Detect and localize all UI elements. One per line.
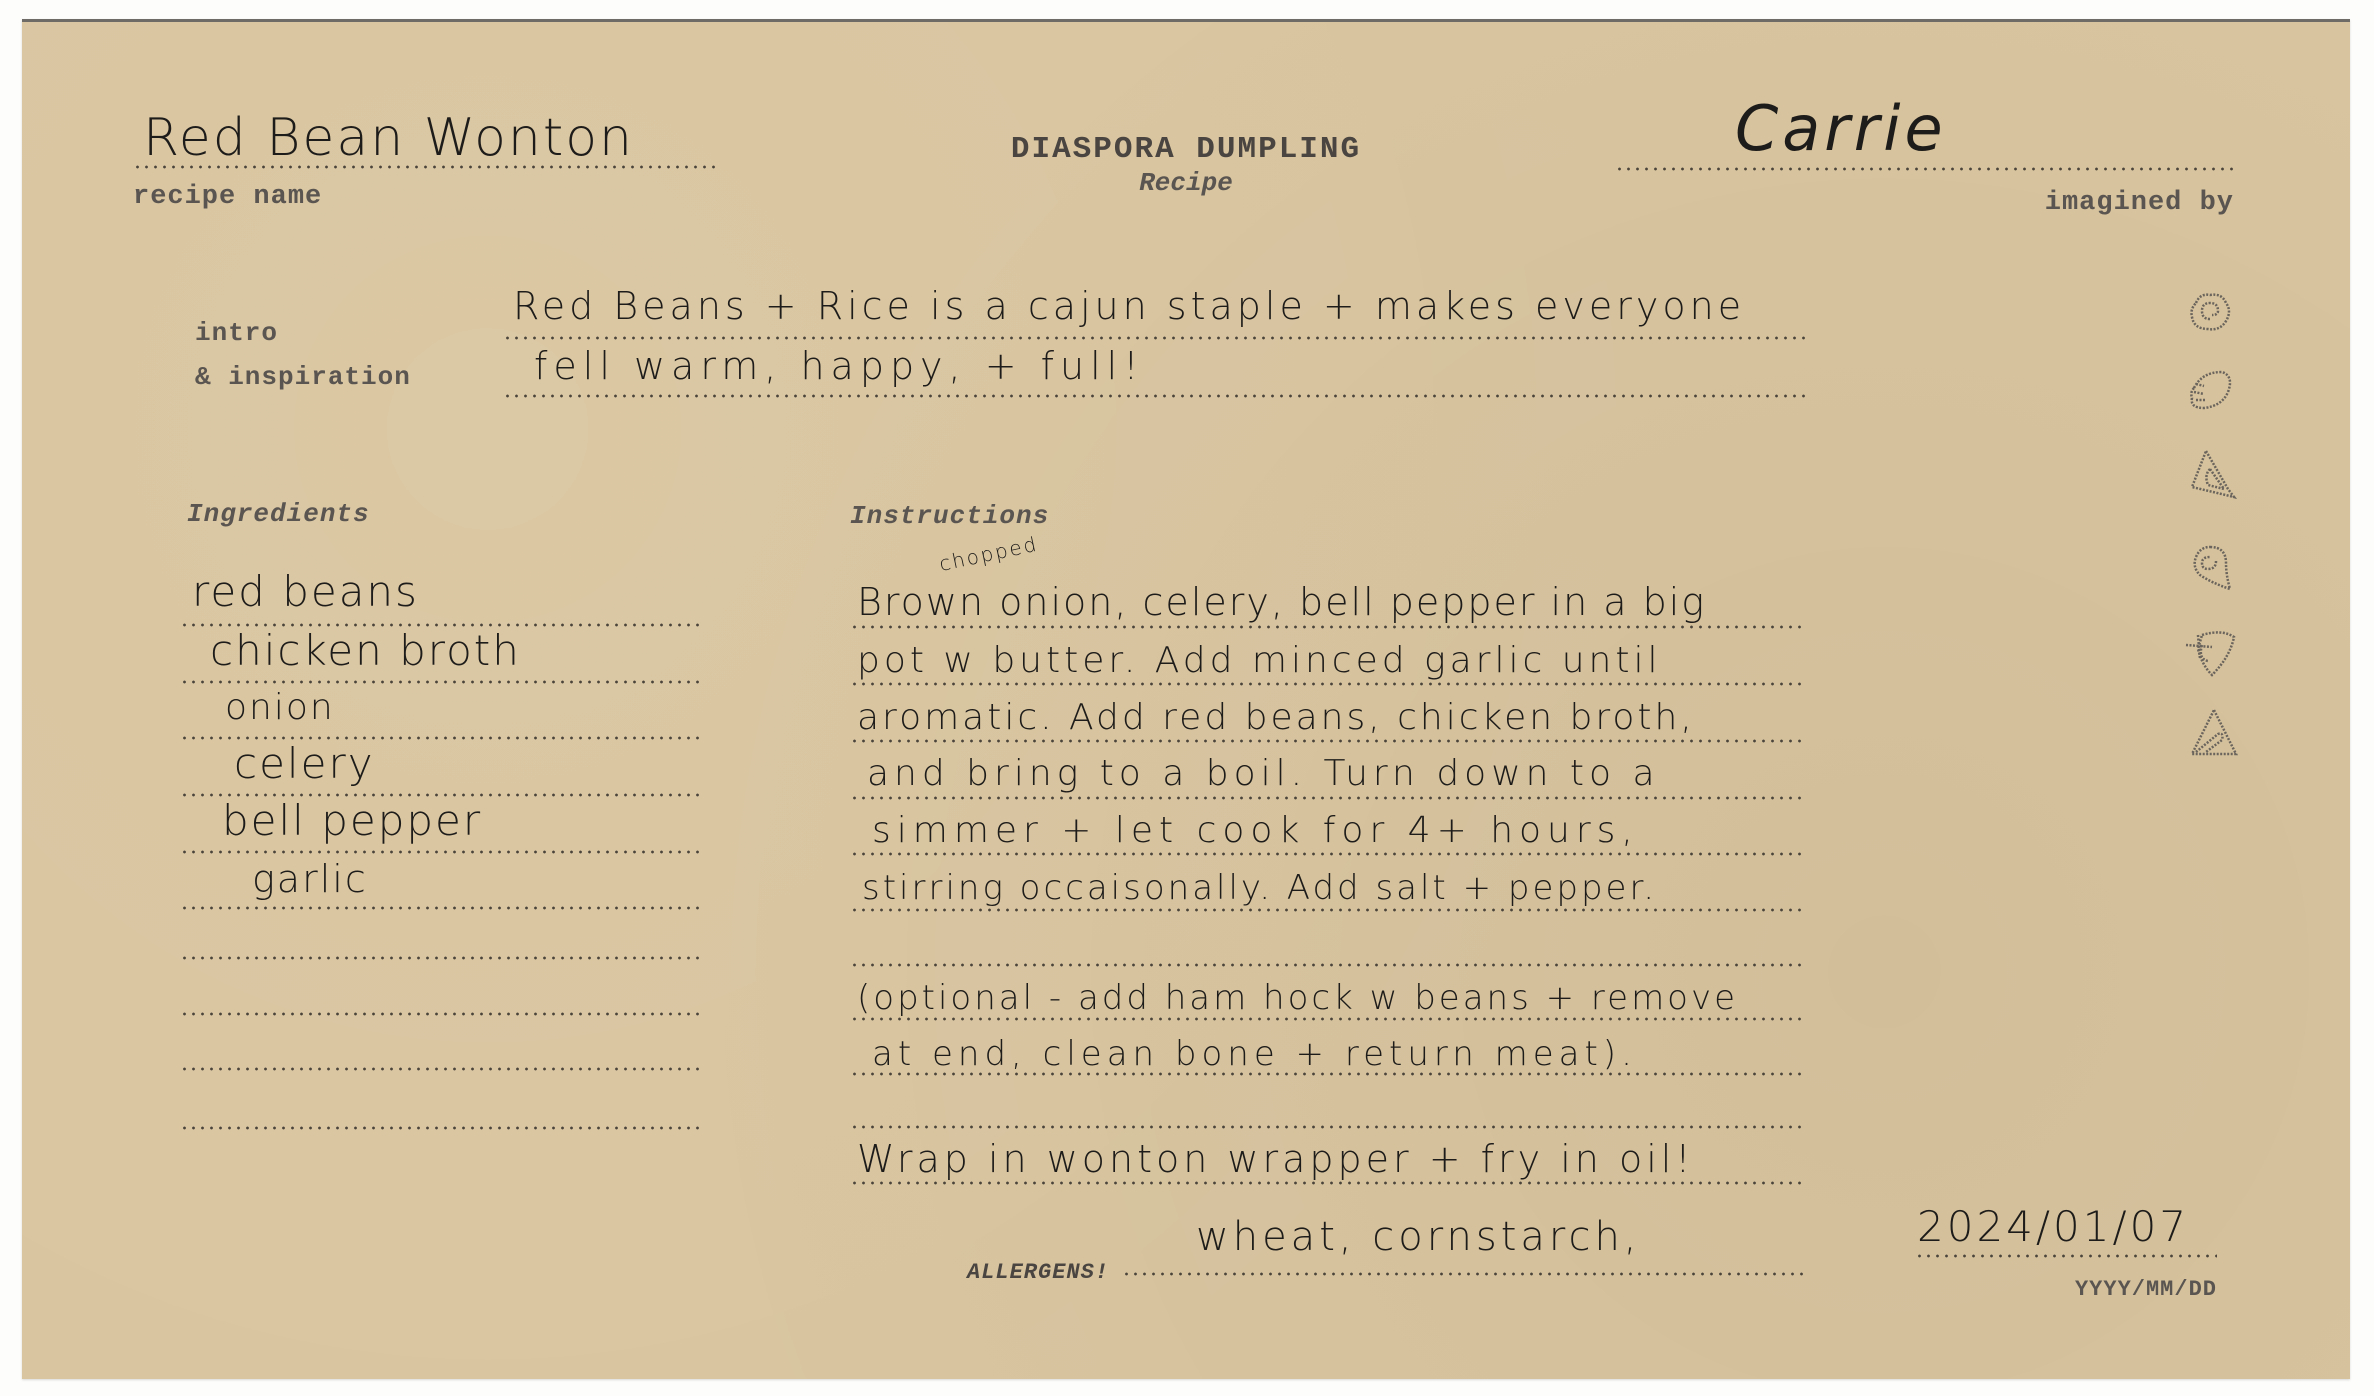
- ingredient-item[interactable]: celery: [234, 739, 375, 788]
- instruction-rule: [850, 1017, 1807, 1021]
- instruction-line[interactable]: simmer + let cook for 4+ hours,: [872, 810, 1639, 851]
- instruction-rule: [850, 1181, 1807, 1185]
- intro-rule-1: [503, 336, 1805, 340]
- instruction-line[interactable]: pot w butter. Add minced garlic until: [857, 640, 1661, 681]
- pleated-dumpling-icon: [2182, 362, 2238, 418]
- ingredient-rule: [180, 906, 705, 910]
- ingredients-label: Ingredients: [187, 499, 370, 529]
- round-bun-icon: [2182, 539, 2238, 595]
- ingredient-rule: [180, 1067, 705, 1071]
- date-line: [1915, 1254, 2217, 1258]
- allergens-value[interactable]: wheat, cornstarch,: [1196, 1214, 1641, 1260]
- instruction-line[interactable]: Wrap in wonton wrapper + fry in oil!: [857, 1137, 1695, 1181]
- ingredient-item[interactable]: red beans: [192, 567, 419, 616]
- card-title: DIASPORA DUMPLING: [22, 132, 2350, 167]
- ingredient-rule: [180, 850, 705, 854]
- inspiration-label: & inspiration: [195, 362, 411, 392]
- instruction-line[interactable]: Brown onion, celery, bell pepper in a bi…: [857, 580, 1706, 624]
- instruction-line[interactable]: (optional - add ham hock w beans + remov…: [857, 978, 1738, 1018]
- intro-line-1[interactable]: Red Beans + Rice is a cajun staple + mak…: [513, 284, 1745, 328]
- folded-triangle-dumpling-icon: [2182, 447, 2238, 503]
- ingredient-rule: [180, 956, 705, 960]
- ingredient-item[interactable]: bell pepper: [222, 796, 482, 845]
- instructions-label: Instructions: [850, 501, 1049, 531]
- ingredient-rule: [180, 1012, 705, 1016]
- instruction-rule: [850, 739, 1807, 743]
- instruction-rule: [850, 1125, 1807, 1129]
- ingredient-item[interactable]: chicken broth: [210, 626, 521, 675]
- instruction-rule: [850, 625, 1807, 629]
- instruction-line[interactable]: at end, clean bone + return meat).: [872, 1034, 1637, 1074]
- card-subtitle: Recipe: [22, 168, 2350, 198]
- instruction-rule: [850, 796, 1807, 800]
- ingredient-item[interactable]: garlic: [252, 857, 368, 901]
- swirl-dumpling-icon: [2182, 285, 2238, 341]
- intro-rule-2: [503, 394, 1805, 398]
- ingredient-rule: [180, 1126, 705, 1130]
- instruction-line[interactable]: and bring to a boil. Turn down to a: [867, 753, 1660, 794]
- instruction-line[interactable]: stirring occaisonally. Add salt + pepper…: [862, 868, 1657, 908]
- imagined-by-label: imagined by: [2045, 188, 2234, 218]
- intro-line-2[interactable]: fell warm, happy, + full!: [534, 344, 1144, 388]
- instruction-rule: [850, 682, 1807, 686]
- instruction-rule: [850, 1072, 1807, 1076]
- allergens-line: [1122, 1272, 1807, 1276]
- instruction-line[interactable]: aromatic. Add red beans, chicken broth,: [857, 697, 1695, 738]
- instruction-rule: [850, 963, 1807, 967]
- leaf-dumpling-icon: [2182, 625, 2238, 681]
- allergens-label: ALLERGENS!: [967, 1260, 1109, 1285]
- instruction-rule: [850, 908, 1807, 912]
- recipe-card: Red Bean Wonton recipe name DIASPORA DUM…: [22, 19, 2350, 1379]
- date-format-label: YYYY/MM/DD: [2075, 1277, 2217, 1302]
- intro-label: intro: [195, 318, 278, 348]
- instructions-insert-note[interactable]: chopped: [937, 532, 1040, 576]
- instruction-rule: [850, 852, 1807, 856]
- ingredient-rule: [180, 680, 705, 684]
- date-value[interactable]: 2024/01/07: [1917, 1202, 2189, 1251]
- triangle-wonton-icon: [2182, 706, 2238, 762]
- imagined-by-line: [1615, 167, 2233, 171]
- ingredient-item[interactable]: onion: [225, 687, 335, 728]
- imagined-by-value[interactable]: Carrie: [1735, 92, 1947, 165]
